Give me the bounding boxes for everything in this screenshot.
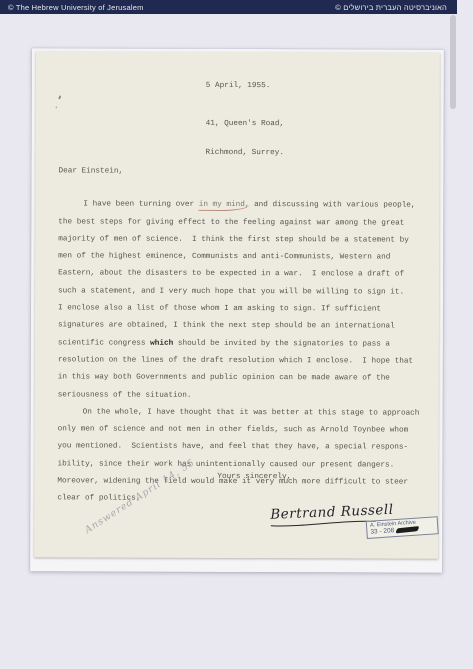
letter-line: the best steps for giving effect to the … [58, 214, 424, 233]
letter-closing: Yours sincerely, [217, 473, 291, 481]
line-text: in this way both Governments and public … [58, 374, 390, 383]
line-text: you mentioned. Scientists have, and feel… [58, 443, 409, 452]
line-text: such a statement, and I very much hope t… [58, 287, 404, 296]
overtyped-word: which [150, 339, 173, 347]
line-text: scientific congress [58, 339, 150, 347]
archive-stamp: A. Einstein Archive 33 - 208 [366, 516, 439, 539]
line-text: men of the highest eminence, Communists … [58, 253, 390, 262]
line-text: I enclose also a list of those whom I am… [58, 304, 381, 313]
line-text: and discussing with various people, [249, 201, 415, 210]
letter-salutation: Dear Einstein, [58, 163, 424, 182]
line-text: Eastern, about the disasters to be expec… [58, 270, 404, 279]
letter-line: such a statement, and I very much hope t… [58, 283, 424, 302]
paper-speck [56, 106, 57, 108]
letter-line: men of the highest eminence, Communists … [58, 249, 424, 268]
line-text: seriousness of the situation. [58, 391, 192, 399]
letter-line: majority of men of science. I think the … [58, 231, 424, 250]
letter-line: seriousness of the situation. [58, 387, 424, 406]
redaction-scribble [395, 526, 419, 533]
letter-line: scientific congress which should be invi… [58, 335, 424, 354]
letter-line: I have been turning over in my mind, and… [58, 197, 424, 216]
line-text: I have been turning over [83, 201, 198, 209]
letter-line: I enclose also a list of those whom I am… [58, 300, 424, 319]
letter-paragraphs: I have been turning over in my mind, and… [57, 197, 424, 510]
letter-line: ibility, since their work has unintentio… [57, 456, 423, 475]
line-text: signatures are obtained, I think the nex… [58, 322, 395, 331]
letter-body: Dear Einstein, I have been turning over … [57, 147, 424, 525]
letter-line: Eastern, about the disasters to be expec… [58, 266, 424, 285]
line-text: the best steps for giving effect to the … [58, 218, 404, 227]
copyright-english: © The Hebrew University of Jerusalem [8, 3, 144, 12]
letter-line: only men of science and not men in other… [58, 422, 424, 441]
address-line-1: 41, Queen's Road, [206, 120, 284, 130]
letter-line: resolution on the lines of the draft res… [58, 352, 424, 371]
line-text: only men of science and not men in other… [58, 426, 409, 435]
line-text: resolution on the lines of the draft res… [58, 356, 413, 365]
underlined-phrase: in my mind, [199, 201, 250, 211]
letter-paper: 5 April, 1955. 41, Queen's Road, Richmon… [34, 51, 440, 558]
letter-line: signatures are obtained, I think the nex… [58, 318, 424, 337]
archive-stamp-number: 33 - 208 [370, 528, 394, 536]
line-text: majority of men of science. I think the … [58, 235, 409, 244]
letter-line: you mentioned. Scientists have, and feel… [57, 439, 423, 458]
line-text: ibility, since their work has unintentio… [57, 460, 394, 469]
line-text: On the whole, I have thought that it was… [83, 408, 420, 417]
archive-header-bar: © The Hebrew University of Jerusalem © ה… [0, 0, 457, 14]
letter-line: On the whole, I have thought that it was… [58, 404, 424, 423]
vertical-scrollbar-thumb[interactable] [450, 15, 456, 109]
letter-scan-photo: 5 April, 1955. 41, Queen's Road, Richmon… [30, 48, 444, 572]
copyright-hebrew: © האוניברסיטה העברית בירושלים [335, 3, 447, 12]
letter-line: in this way both Governments and public … [58, 370, 424, 389]
letter-date: 5 April, 1955. [206, 82, 271, 92]
line-text: should be invited by the signatories to … [173, 339, 390, 348]
paper-speck [58, 95, 61, 99]
